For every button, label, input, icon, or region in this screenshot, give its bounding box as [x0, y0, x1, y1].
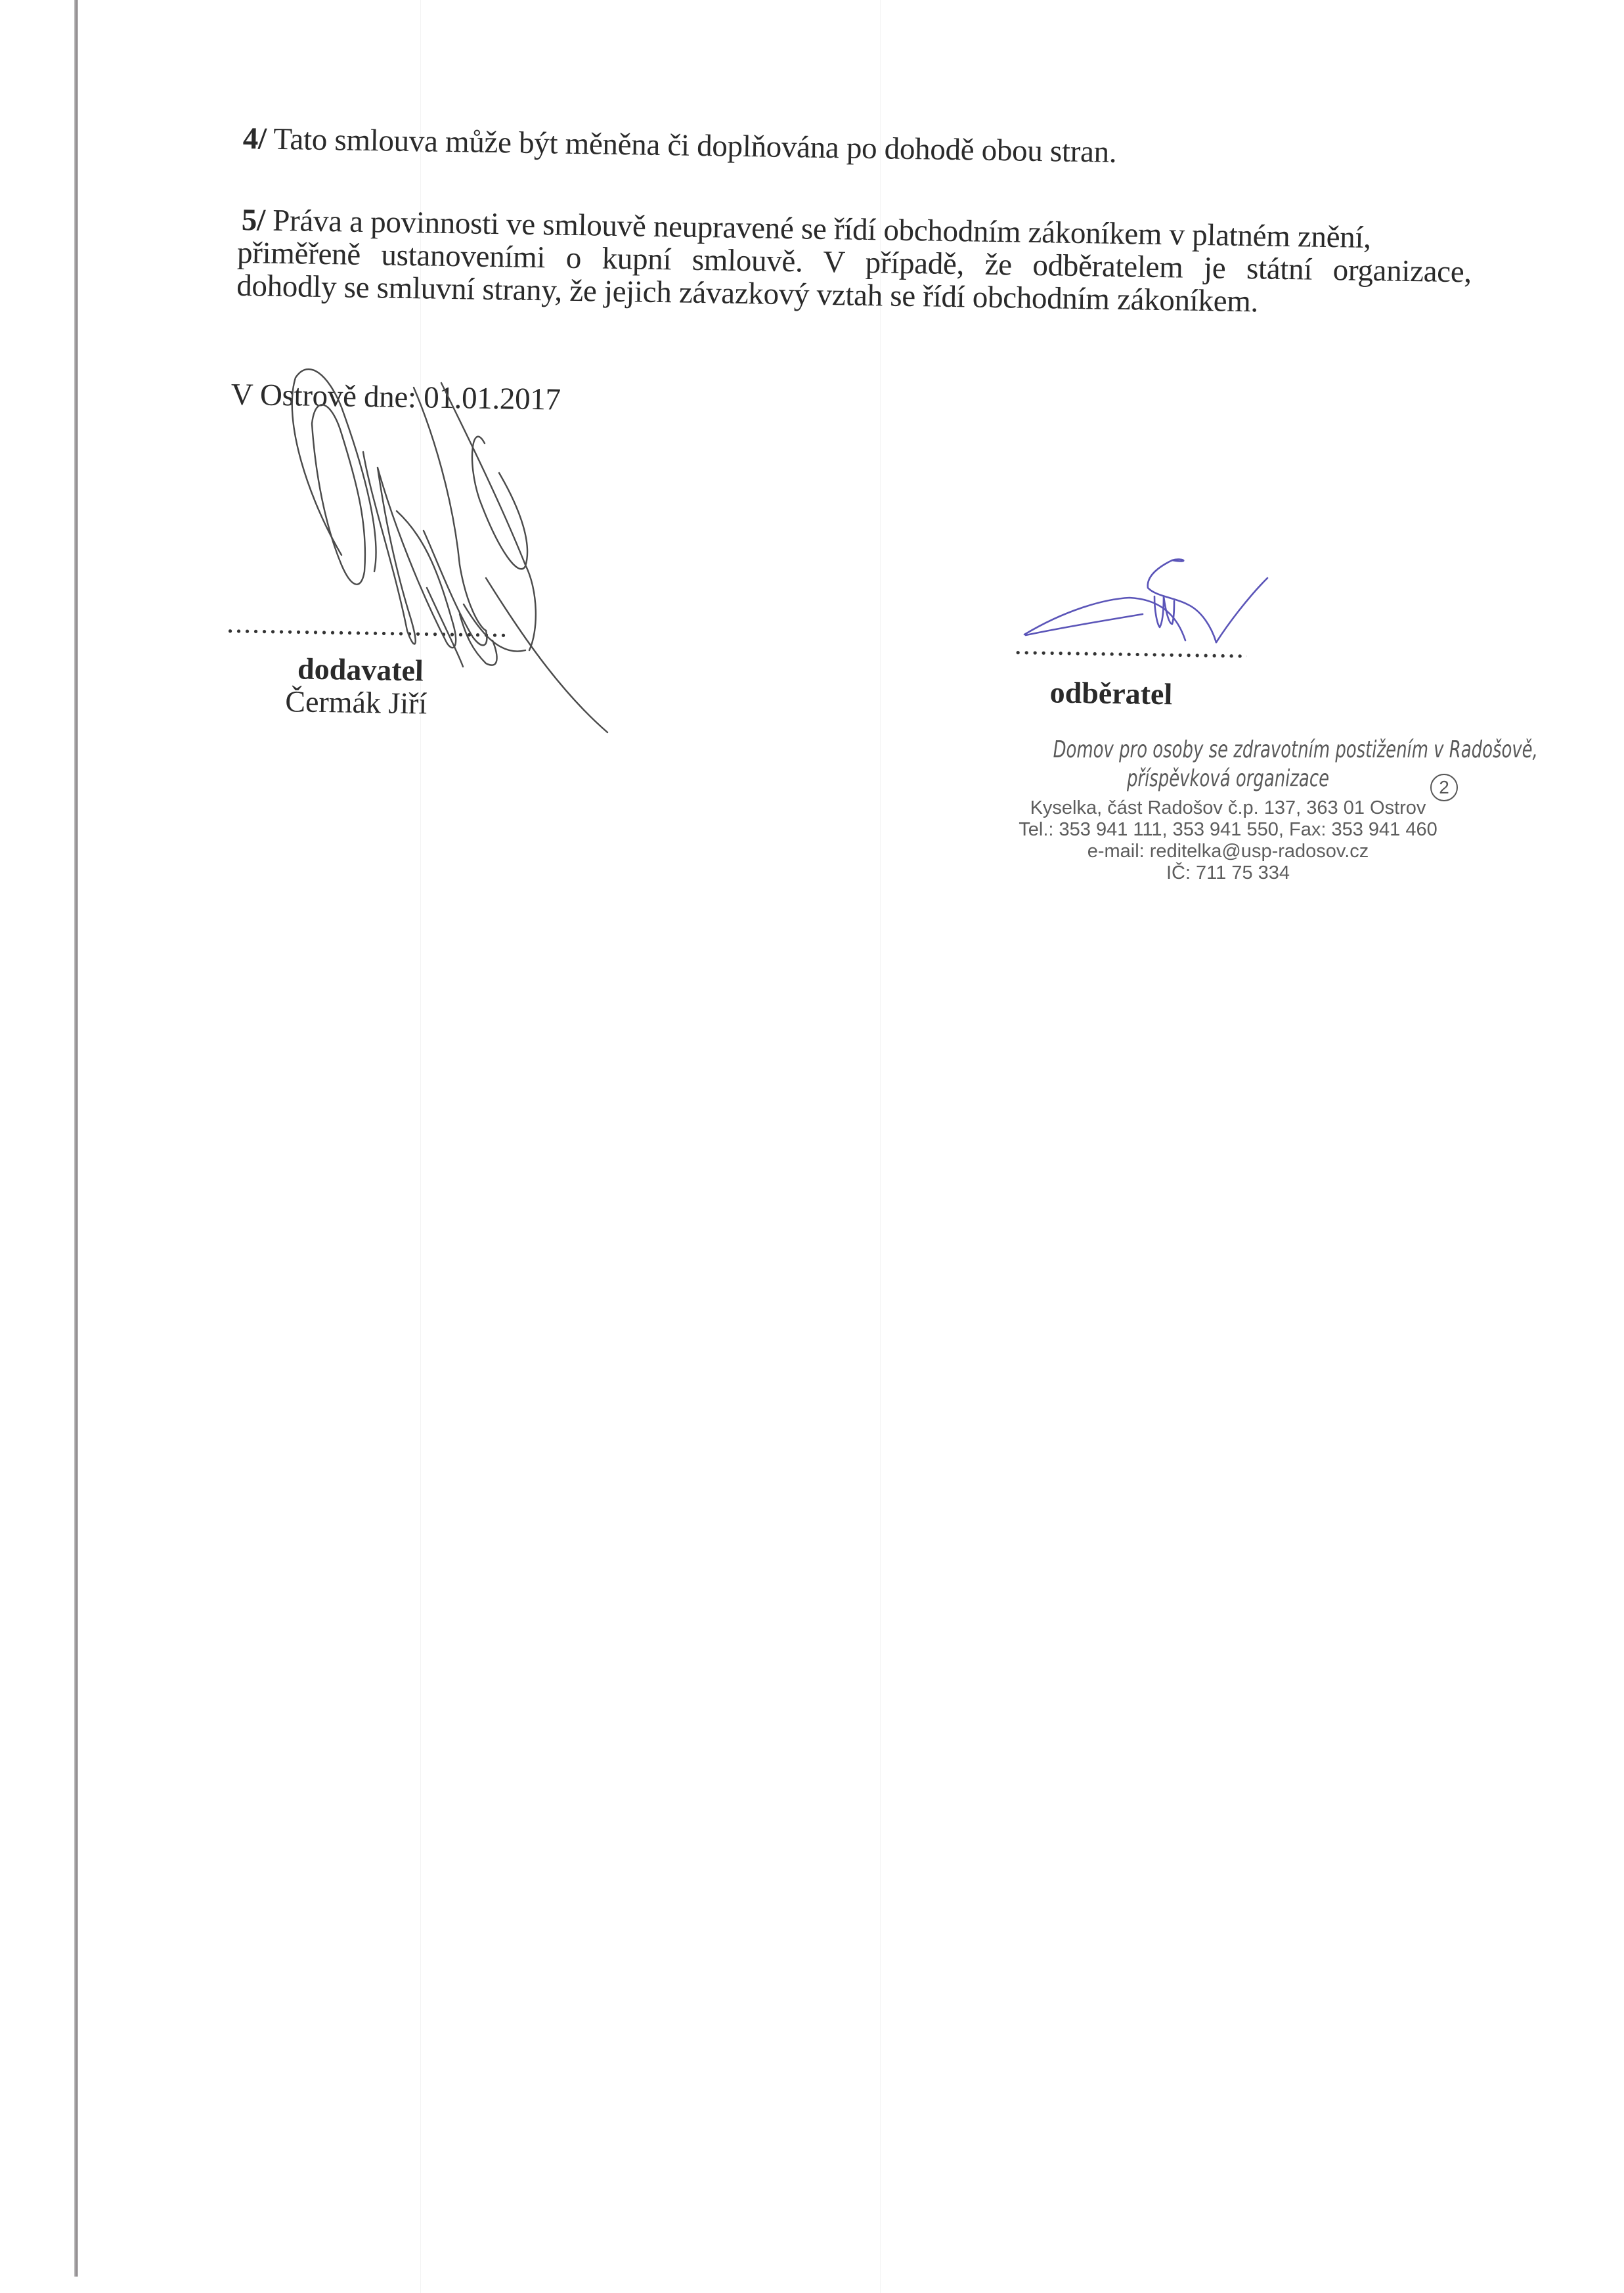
- stamp-ico: IČ: 711 75 334: [985, 862, 1471, 884]
- stamp-address: Kyselka, část Radošov č.p. 137, 363 01 O…: [985, 797, 1471, 819]
- stamp-email: e-mail: reditelka@usp-radosov.cz: [985, 841, 1471, 862]
- stamp-phone-fax: Tel.: 353 941 111, 353 941 550, Fax: 353…: [985, 819, 1471, 841]
- organization-stamp: Domov pro osoby se zdravotním postižením…: [985, 736, 1471, 884]
- customer-signature: [0, 0, 1624, 854]
- stamp-org-name-line-2: příspěvková organizace: [1053, 765, 1403, 793]
- stamp-number-circle: 2: [1430, 774, 1458, 801]
- stamp-org-name-line-1: Domov pro osoby se zdravotním postižením…: [1053, 736, 1403, 765]
